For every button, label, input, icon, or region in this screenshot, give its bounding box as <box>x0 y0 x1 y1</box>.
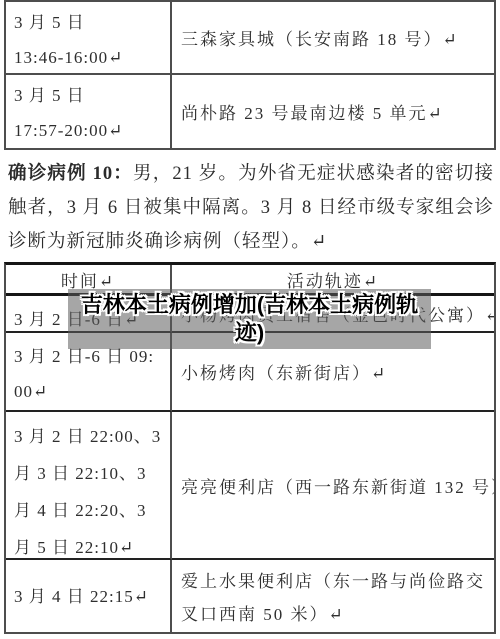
trajectory-time: 3 月 4 日 22:15↵ <box>14 579 149 614</box>
visit-place: 三森家具城（长安南路 18 号）↵ <box>181 25 459 50</box>
visit-row-1-place-cell: 三森家具城（长安南路 18 号）↵ <box>172 2 494 75</box>
trajectory-time: 3 月 2 日 22:00、3 月 3 日 22:10、3 月 4 日 22:2… <box>14 427 161 557</box>
visit-row-2-place-cell: 尚朴路 23 号最南边楼 5 单元↵ <box>172 75 494 148</box>
trajectory-place: 亮亮便利店（西一路东新街道 132 号）↵ <box>181 473 494 498</box>
document-page: 3 月 5 日 13:46-16:00↵ 三森家具城（长安南路 18 号）↵ 3… <box>0 0 500 639</box>
trajectory-row-4-time-cell: 3 月 4 日 22:15↵ <box>6 560 172 632</box>
visit-row-2-time-cell: 3 月 5 日 17:57-20:00↵ <box>6 75 172 148</box>
case-description: 确诊病例 10：男，21 岁。为外省无症状感染者的密切接触者，3 月 6 日被集… <box>8 157 494 259</box>
visit-date: 3 月 5 日 <box>14 5 162 40</box>
caption-line-2: 迹) <box>235 319 264 347</box>
case-label: 确诊病例 10： <box>8 164 133 184</box>
trajectory-row-3-time-cell: 3 月 2 日 22:00、3 月 3 日 22:10、3 月 4 日 22:2… <box>6 412 172 560</box>
caption-line-1: 吉林本土病例增加(吉林本土病例轨 <box>81 291 418 319</box>
visit-place: 尚朴路 23 号最南边楼 5 单元↵ <box>181 99 444 124</box>
visit-date: 3 月 5 日 <box>14 78 162 113</box>
header-time-label: 时间↵ <box>61 267 115 292</box>
caption-overlay: 吉林本土病例增加(吉林本土病例轨 迹) <box>68 289 431 349</box>
visit-row-1-time-cell: 3 月 5 日 13:46-16:00↵ <box>6 2 172 75</box>
trajectory-place: 小杨烤肉（东新街店）↵ <box>181 359 387 384</box>
trajectory-time: 3 月 2 日-6 日 09:00↵ <box>14 347 154 401</box>
trajectory-row-3-place-cell: 亮亮便利店（西一路东新街道 132 号）↵ <box>172 412 494 560</box>
trajectory-row-4-place-cell: 爱上水果便利店（东一路与尚俭路交叉口西南 50 米）↵ <box>172 560 494 632</box>
visit-time: 17:57-20:00↵ <box>14 113 162 148</box>
trajectory-place: 爱上水果便利店（东一路与尚俭路交叉口西南 50 米）↵ <box>181 565 488 631</box>
visit-table-top: 3 月 5 日 13:46-16:00↵ 三森家具城（长安南路 18 号）↵ 3… <box>4 0 496 150</box>
visit-time: 13:46-16:00↵ <box>14 40 162 75</box>
header-activity-label: 活动轨迹↵ <box>287 267 379 292</box>
